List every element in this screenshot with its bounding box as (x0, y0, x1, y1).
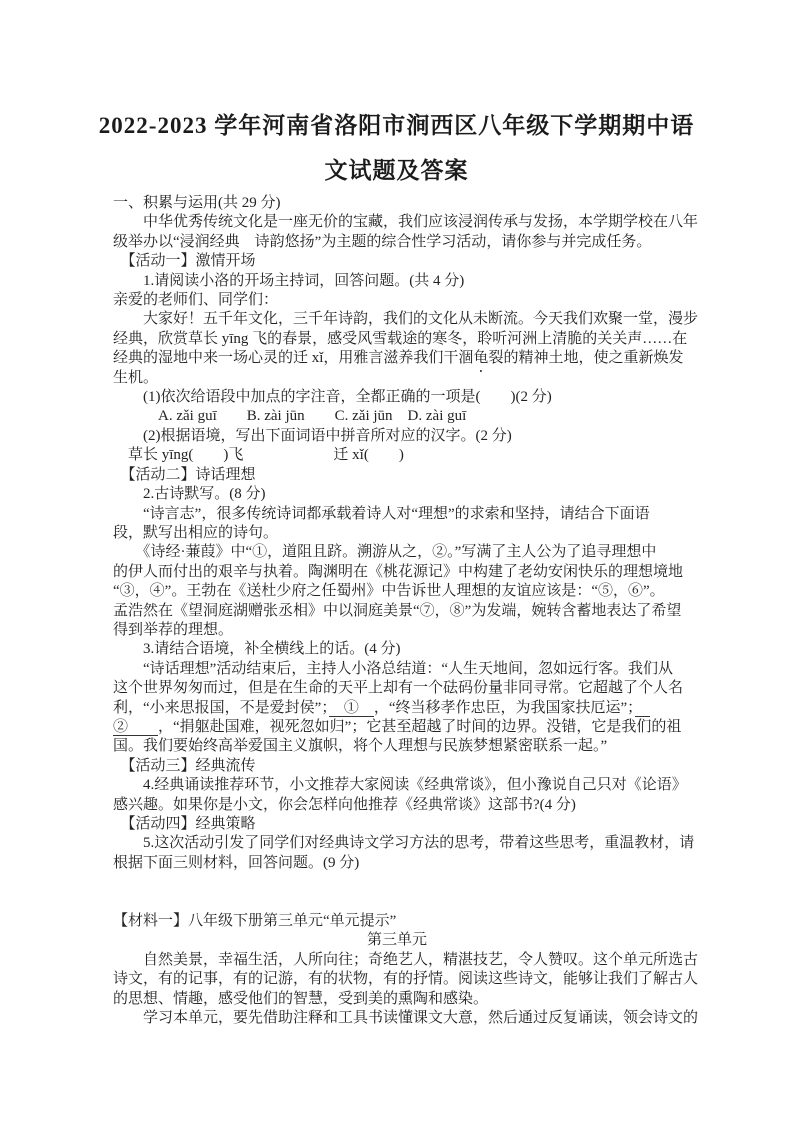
activity-3-heading: 【活动三】经典流传 (113, 757, 681, 776)
material-1-heading: 【材料一】八年级下册第三单元“单元提示” (113, 912, 681, 931)
exam-paper-page: 2022-2023 学年河南省洛阳市涧西区八年级下学期期中语 文试题及答案 一、… (0, 0, 793, 1121)
fill-in-blank-1: ① (329, 700, 374, 717)
material-1-para-1-line-3: 的思想、情趣，感受他们的智慧，受到美的熏陶和感染。 (113, 990, 681, 1009)
document-body: 一、积累与运用(共 29 分) 中华优秀传统文化是一座无价的宝藏，我们应该浸润传… (113, 194, 681, 1028)
speech-line-1: 大家好！五千年文化，三千年诗韵，我们的文化从未断流。今天我们欢聚一堂，漫步 (113, 310, 681, 329)
question-3-line-3: 利，“小来思报国，不是爱封侯”； ① ，“终当移孝作忠臣，为我国家扶厄运”； (113, 699, 681, 718)
page-title-line-2: 文试题及答案 (0, 148, 793, 193)
page-title: 2022-2023 学年河南省洛阳市涧西区八年级下学期期中语 文试题及答案 (0, 0, 793, 193)
question-1-1-stem: (1)依次给语段中加点的字注音，全都正确的一项是( )(2 分) (113, 388, 681, 407)
intro-line-2: 级举办以“浸润经典 诗韵悠扬”为主题的综合性学习活动，请你参与并完成任务。 (113, 233, 681, 252)
question-3-line-4: ② ，“捐躯赴国难，视死忽如归”；它甚至超越了时间的边界。没错，它是我们的祖 (113, 718, 681, 737)
intro-line-1: 中华优秀传统文化是一座无价的宝藏，我们应该浸润传承与发扬，本学期学校在八年 (113, 213, 681, 232)
fill-in-blank-2: ② (113, 719, 158, 736)
question-3-line-5: 国。我们要始终高举爱国主义旗帜，将个人理想与民族梦想紧密联系一起。” (113, 737, 681, 756)
q3-text: ，“捐躯赴国难，视死忽如归”；它甚至超越了时间的边界。没错，它是我们的祖 (158, 719, 681, 735)
question-2-line-2: 段，默写出相应的诗句。 (113, 524, 681, 543)
fill-in-blank-2-start (635, 700, 650, 717)
unit-title: 第三单元 (113, 931, 681, 950)
question-5-line-2: 根据下面三则材料，回答问题。(9 分) (113, 854, 681, 873)
question-3-line-2: 这个世界匆匆而过，但是在生命的天平上却有一个砝码份量非同寻常。它超越了个人名 (113, 679, 681, 698)
dotted-character: 龟 (473, 349, 488, 368)
q3-text: 利，“小来思报国，不是爱封侯”； (113, 700, 329, 716)
question-4-line-2: 感兴趣。如果你是小文，你会怎样向他推荐《经典常谈》这部书?(4 分) (113, 796, 681, 815)
q3-text: ，“终当移孝作忠臣，为我国家扶厄运”； (374, 700, 635, 716)
speech-text: 裂的精神土地，使之重新焕发 (488, 350, 683, 366)
speech-text: 经典，欣赏草长 yīng 飞的春景，感受风雪 (113, 331, 387, 347)
activity-1-heading: 【活动一】激情开场 (113, 252, 681, 271)
blank-line (113, 873, 681, 892)
page-title-line-1: 2022-2023 学年河南省洛阳市涧西区八年级下学期期中语 (0, 103, 793, 148)
speech-text: 途的寒冬，聆听河洲上清脆的关关声……在 (402, 331, 687, 347)
section-1-heading: 一、积累与运用(共 29 分) (113, 194, 681, 213)
question-3-stem: 3.请结合语境，补全横线上的话。(4 分) (113, 640, 681, 659)
question-1-1-options: A. zǎi guī B. zài jūn C. zǎi jūn D. zài … (113, 407, 681, 426)
question-4-line-1: 4.经典诵读推荐环节，小文推荐大家阅读《经典常谈》，但小豫说自己只对《论语》 (113, 776, 681, 795)
speech-line-3: 经典的湿地中来一场心灵的迁 xǐ，用雅言滋养我们干涸龟裂的精神土地，使之重新焕发 (113, 349, 681, 368)
question-2-line-4: 的伊人而付出的艰辛与执着。陶渊明在《桃花源记》中构建了老幼安闲快乐的理想境地 (113, 563, 681, 582)
question-2-line-3: 《诗经·蒹葭》中“①，道阻且跻。溯游从之，②。”写满了主人公为了追寻理想中 (113, 543, 681, 562)
question-1-2-blanks: 草长 yīng( )飞 迁 xǐ( ) (113, 446, 681, 465)
question-1-stem: 1.请阅读小洛的开场主持词，回答问题。(共 4 分) (113, 272, 681, 291)
material-1-para-1-line-1: 自然美景，幸福生活，人所向往；奇绝艺人，精湛技艺，令人赞叹。这个单元所选古 (113, 951, 681, 970)
speech-text: 经典的湿地中来一场心灵的迁 xǐ，用雅言滋养我们干涸 (113, 350, 473, 366)
question-2-line-6: 孟浩然在《望洞庭湖赠张丞相》中以洞庭美景“⑦，⑧”为发端，婉转含蓄地表达了希望 (113, 602, 681, 621)
question-2-line-1: “诗言志”，很多传统诗词都承载着诗人对“理想”的求索和坚持，请结合下面语 (113, 505, 681, 524)
speech-line-4: 生机。 (113, 369, 681, 388)
question-2-stem: 2.古诗默写。(8 分) (113, 485, 681, 504)
activity-4-heading: 【活动四】经典策略 (113, 815, 681, 834)
question-2-line-7: 得到举荐的理想。 (113, 621, 681, 640)
material-1-para-1-line-2: 诗文，有的记事，有的记游，有的状物，有的抒情。阅读这些诗文，能够让我们了解古人 (113, 970, 681, 989)
material-1-para-2-line-1: 学习本单元，要先借助注释和工具书读懂课文大意，然后通过反复诵读，领会诗文的 (113, 1009, 681, 1028)
activity-2-heading: 【活动二】诗话理想 (113, 466, 681, 485)
speech-salutation: 亲爱的老师们、同学们： (113, 291, 681, 310)
question-1-2-stem: (2)根据语境，写出下面词语中拼音所对应的汉字。(2 分) (113, 427, 681, 446)
blank-line (113, 893, 681, 912)
speech-line-2: 经典，欣赏草长 yīng 飞的春景，感受风雪载途的寒冬，聆听河洲上清脆的关关声…… (113, 330, 681, 349)
dotted-character: 载 (387, 330, 402, 349)
question-2-line-5: “③，④”。王勃在《送杜少府之任蜀州》中告诉世人理想的友谊应该是：“⑤，⑥”。 (113, 582, 681, 601)
question-3-line-1: “诗话理想”活动结束后，主持人小洛总结道：“人生天地间，忽如远行客。我们从 (113, 660, 681, 679)
question-5-line-1: 5.这次活动引发了同学们对经典诗文学习方法的思考，带着这些思考，重温教材，请 (113, 834, 681, 853)
